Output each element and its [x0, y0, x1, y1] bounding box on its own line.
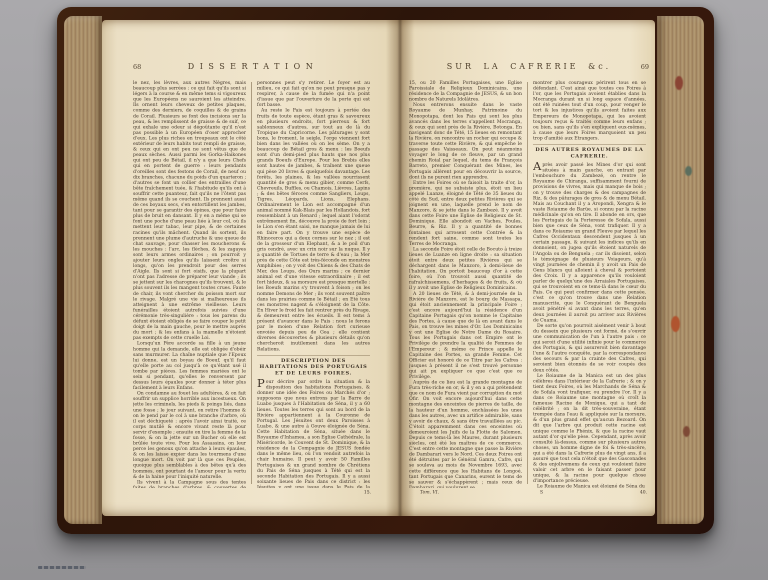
right-page: SUR LA CAFRERIE &c. 69 15, ou 20 Famille… — [400, 20, 655, 516]
catchword: 40. — [640, 490, 647, 495]
catchword: 15. — [364, 490, 371, 495]
marbling-speck — [685, 166, 692, 176]
paragraph: Entre les Foires où se faisoit la traite… — [409, 180, 522, 247]
paragraph: Ils vivent à la Campagne sous des tentes… — [133, 479, 246, 488]
fore-edge-right — [657, 16, 704, 524]
marbling-speck — [671, 316, 680, 332]
text-column: personnes peut s'y retirer. Le foyer est… — [257, 80, 370, 488]
left-page-content: 68 DISSERTATION le nez, les lèvres, aux … — [133, 62, 373, 498]
text-column: montrer plus courageux périrent tous en … — [533, 80, 646, 488]
column-rule — [251, 82, 252, 484]
marbling-speck — [675, 76, 683, 90]
left-page-columns: le nez, les lèvres, aux autres Nègres, m… — [133, 80, 373, 488]
text-column: 15, ou 20 Familles Portugaises, une Egli… — [409, 80, 522, 488]
paragraph: On condamne au fouet les adultères, & on… — [133, 391, 246, 480]
paragraph: Lorsqu'un Père accorde sa fille à un jeu… — [133, 341, 246, 391]
right-running-title: SUR LA CAFRERIE &c. — [427, 62, 631, 71]
tome-signature: Tom. VI. — [420, 490, 439, 495]
paragraph: Auprès de ce lieu est la grande montagne… — [409, 380, 522, 488]
paragraph: Pour décrire par ordre la situation & la… — [257, 379, 370, 488]
paragraph: A 20 lieues de Tété, & à demi-journée de… — [409, 291, 522, 380]
paragraph: Nous entrerons ensuite dans le vaste Roy… — [409, 102, 522, 180]
right-running-head: SUR LA CAFRERIE &c. 69 — [409, 62, 649, 73]
open-book: 68 DISSERTATION le nez, les lèvres, aux … — [57, 7, 714, 534]
left-page: 68 DISSERTATION le nez, les lèvres, aux … — [102, 20, 400, 516]
fore-edge-left — [64, 16, 102, 524]
paragraph: Le Roiaume de Manica est éloigné de Séna… — [533, 484, 646, 488]
drop-cap: A — [533, 162, 542, 172]
paragraph: Au reste le Pais est toujours à portée d… — [257, 108, 370, 352]
text-column: le nez, les lèvres, aux autres Nègres, m… — [133, 80, 246, 488]
left-page-footer: 15. — [133, 490, 373, 498]
paragraph: Après avoir passé les Mines d'or qui son… — [533, 162, 646, 323]
fine-print-illegible — [38, 566, 86, 569]
paragraph: La seconde Foire étoit celle de Bocuto à… — [409, 246, 522, 290]
section-heading: DESCRIPTION DES HABITATIONS DES PORTUGAI… — [257, 355, 370, 377]
paragraph: le nez, les lèvres, aux autres Nègres, m… — [133, 80, 246, 341]
paragraph: montrer plus courageux périrent tous en … — [533, 80, 646, 141]
section-heading: DES AUTRES ROYAUMES DE LA CAFRERIE. — [533, 144, 646, 160]
right-page-number: 69 — [631, 63, 649, 71]
column-rule — [527, 82, 528, 484]
sheet-signature: S — [540, 490, 543, 495]
right-page-columns: 15, ou 20 Familles Portugaises, une Egli… — [409, 80, 649, 488]
marbling-speck — [683, 426, 690, 437]
drop-cap: P — [257, 379, 266, 389]
left-page-number: 68 — [133, 63, 151, 71]
left-running-head: 68 DISSERTATION — [133, 62, 373, 73]
right-page-footer: Tom. VI. S 40. — [409, 490, 649, 498]
paragraph: Le Roiaume de la Manica est un des plus … — [533, 373, 646, 484]
right-page-content: SUR LA CAFRERIE &c. 69 15, ou 20 Famille… — [409, 62, 649, 498]
paragraph: De sorte qu'on pourroit aisément venir à… — [533, 323, 646, 373]
paragraph: personnes peut s'y retirer. Le foyer est… — [257, 80, 370, 108]
left-running-title: DISSERTATION — [151, 62, 355, 71]
paragraph: 15, ou 20 Familles Portugaises, une Egli… — [409, 80, 522, 102]
